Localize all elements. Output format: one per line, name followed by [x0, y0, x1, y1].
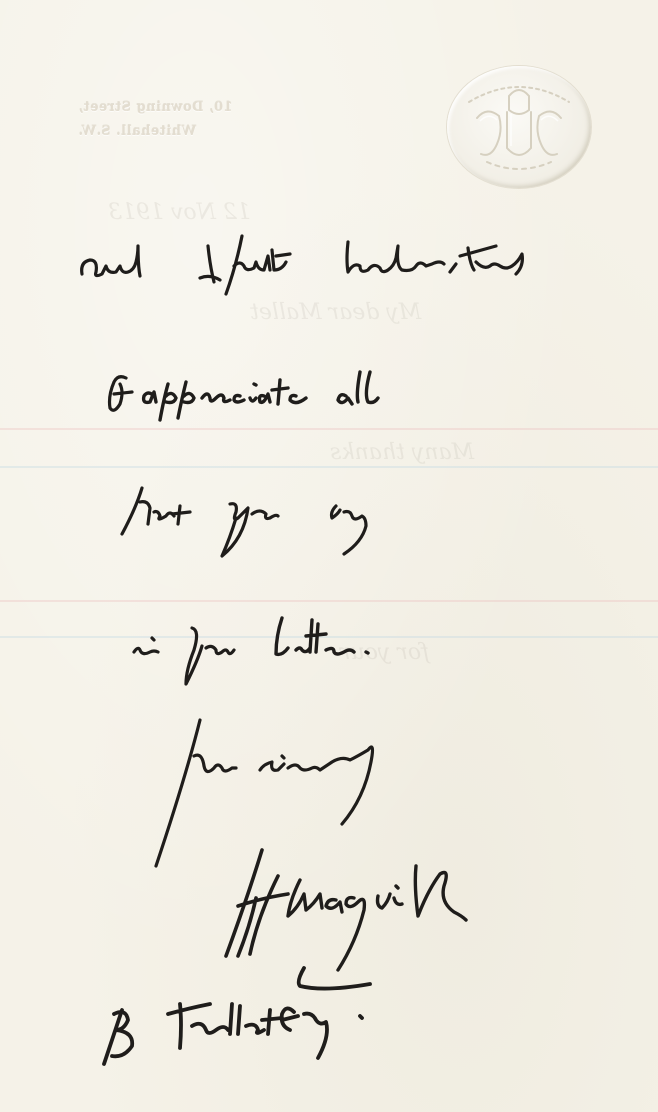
body-line-2: & appreciate all	[106, 358, 486, 428]
letterhead-address: 10, Downing Street, Whitehall. S.W.	[78, 96, 278, 144]
bleed-through-text: 12 Nov 1913	[108, 200, 251, 225]
ruled-line	[0, 428, 658, 430]
body-line-4: in your letter.	[130, 610, 490, 700]
bleed-through-text: My dear Mallet	[250, 300, 421, 325]
addressee: B. Mallet Esq.	[94, 964, 474, 1084]
bleed-through-text: Many thanks	[330, 440, 474, 465]
letterhead-line: 10, Downing Street,	[78, 96, 278, 120]
royal-crest-icon	[447, 66, 591, 188]
signature: H. H. Asquith	[218, 846, 578, 976]
letter-page: 10, Downing Street, Whitehall. S.W. 12 N…	[0, 0, 658, 1112]
body-line-1: and I quite understand	[76, 226, 616, 296]
body-line-3: that you say	[118, 478, 498, 578]
ruled-line	[0, 600, 658, 602]
letterhead-line: Whitehall. S.W.	[78, 120, 278, 144]
ruled-line	[0, 466, 658, 468]
